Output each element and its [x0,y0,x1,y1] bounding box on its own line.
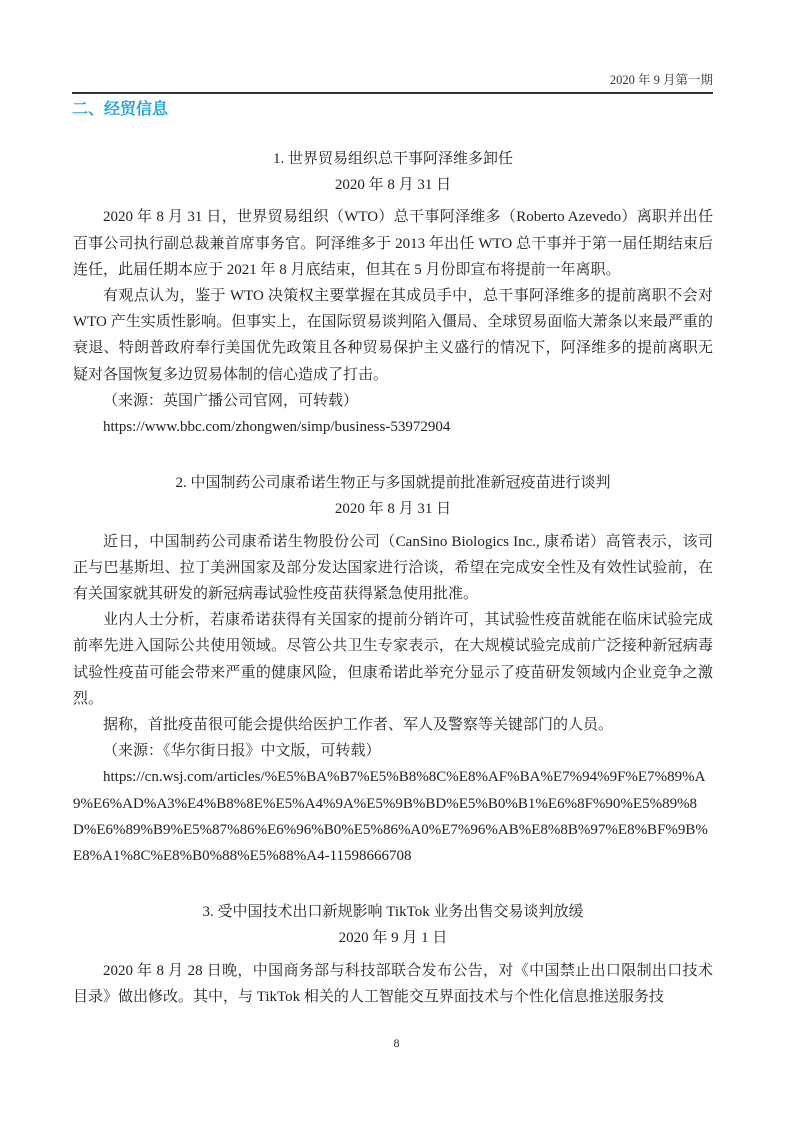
page-header-issue: 2020 年 9 月第一期 [72,68,713,92]
article-title: 2. 中国制药公司康希诺生物正与多国就提前批准新冠疫苗进行谈判 [73,470,713,496]
article-source: （来源：《华尔街日报》中文版，可转载） [73,738,713,764]
article-paragraph: 业内人士分析，若康希诺获得有关国家的提前分销许可，其试验性疫苗就能在临床试验完成… [73,607,713,712]
section-title: 二、经贸信息 [72,97,168,121]
article-date: 2020 年 8 月 31 日 [73,496,713,522]
page-number: 8 [0,1036,793,1051]
spacer [73,440,713,470]
document-body: 1. 世界贸易组织总干事阿泽维多卸任 2020 年 8 月 31 日 2020 … [73,146,713,1010]
article-paragraph: 近日，中国制药公司康希诺生物股份公司（CanSino Biologics Inc… [73,529,713,608]
article-source-url[interactable]: https://cn.wsj.com/articles/%E5%BA%B7%E5… [73,764,713,869]
article-source-url[interactable]: https://www.bbc.com/zhongwen/simp/busine… [73,414,713,440]
article-paragraph: 有观点认为，鉴于 WTO 决策权主要掌握在其成员手中，总干事阿泽维多的提前离职不… [73,283,713,388]
spacer [73,869,713,899]
article-2: 2. 中国制药公司康希诺生物正与多国就提前批准新冠疫苗进行谈判 2020 年 8… [73,470,713,869]
article-paragraph: 据称，首批疫苗很可能会提供给医护工作者、军人及警察等关键部门的人员。 [73,712,713,738]
article-paragraph: 2020 年 8 月 31 日，世界贸易组织（WTO）总干事阿泽维多（Rober… [73,204,713,283]
article-3: 3. 受中国技术出口新规影响 TikTok 业务出售交易谈判放缓 2020 年 … [73,899,713,1010]
article-date: 2020 年 9 月 1 日 [73,925,713,951]
article-title: 1. 世界贸易组织总干事阿泽维多卸任 [73,146,713,172]
article-paragraph: 2020 年 8 月 28 日晚，中国商务部与科技部联合发布公告，对《中国禁止出… [73,958,713,1010]
article-date: 2020 年 8 月 31 日 [73,172,713,198]
article-source: （来源：英国广播公司官网，可转载） [73,388,713,414]
header-divider [72,92,713,94]
article-title: 3. 受中国技术出口新规影响 TikTok 业务出售交易谈判放缓 [73,899,713,925]
article-1: 1. 世界贸易组织总干事阿泽维多卸任 2020 年 8 月 31 日 2020 … [73,146,713,440]
